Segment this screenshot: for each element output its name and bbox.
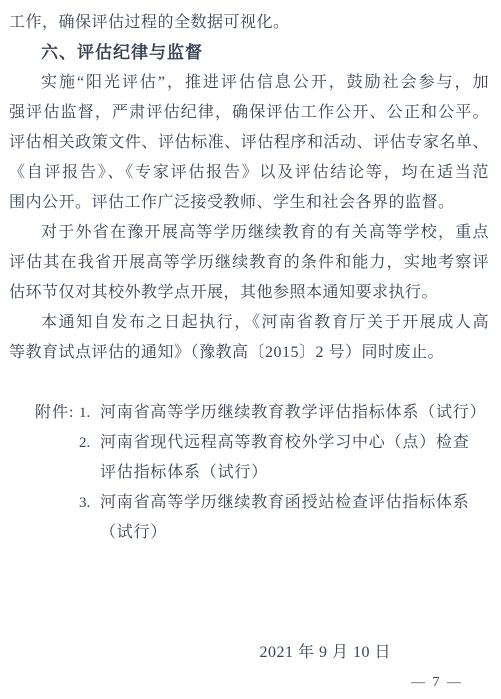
- text-line: 强评估监督，严肃评估纪律，确保评估工作公开、公正和公平。: [9, 98, 489, 128]
- attachment-item-number: 3.: [79, 488, 100, 518]
- attachments-list: 1.河南省高等学历继续教育教学评估指标体系（试行）2.河南省现代远程高等教育校外…: [79, 398, 489, 548]
- section-heading: 六、评估纪律与监督: [9, 38, 489, 68]
- attachments-label: 附件:: [35, 398, 79, 428]
- text-line: 河南省高等学历继续教育教学评估指标体系（试行）: [100, 398, 489, 428]
- attachment-item-number: 1.: [79, 398, 100, 428]
- attachment-item-text: 河南省现代远程高等教育校外学习中心（点）检查评估指标体系（试行）: [100, 428, 489, 488]
- attachment-item-text: 河南省高等学历继续教育函授站检查评估指标体系（试行）: [100, 488, 489, 548]
- text-line: 《自评报告》、《专家评估报告》以及评估结论等，均在适当范: [9, 158, 489, 188]
- text-line: 本通知自发布之日起执行，《河南省教育厅关于开展成人高: [9, 308, 489, 338]
- text-line: （试行）: [100, 518, 489, 548]
- attachment-item-number: 2.: [79, 428, 100, 458]
- attachment-item-text: 河南省高等学历继续教育教学评估指标体系（试行）: [100, 398, 489, 428]
- text-line: 河南省高等学历继续教育函授站检查评估指标体系: [100, 488, 489, 518]
- document-body: 工作，确保评估过程的全数据可视化。六、评估纪律与监督实施“阳光评估”，推进评估信…: [9, 8, 489, 368]
- text-line: 估环节仅对其校外教学点开展，其他参照本通知要求执行。: [9, 278, 489, 308]
- text-line: 评估指标体系（试行）: [100, 458, 489, 488]
- text-line: 实施“阳光评估”，推进评估信息公开，鼓励社会参与，加: [9, 68, 489, 98]
- text-line: 评估相关政策文件、评估标准、评估程序和活动、评估专家名单、: [9, 128, 489, 158]
- attachment-item: 2.河南省现代远程高等教育校外学习中心（点）检查评估指标体系（试行）: [79, 428, 489, 488]
- issue-date: 2021 年 9 月 10 日: [9, 638, 489, 668]
- page-number: — 7 —: [9, 674, 489, 692]
- text-line: 围内公开。评估工作广泛接受教师、学生和社会各界的监督。: [9, 188, 489, 218]
- attachment-item: 1.河南省高等学历继续教育教学评估指标体系（试行）: [79, 398, 489, 428]
- text-line: 等教育试点评估的通知》（豫教高〔2015〕2 号）同时废止。: [9, 338, 489, 368]
- text-line: 工作，确保评估过程的全数据可视化。: [9, 8, 489, 38]
- text-line: 河南省现代远程高等教育校外学习中心（点）检查: [100, 428, 489, 458]
- attachment-item: 3.河南省高等学历继续教育函授站检查评估指标体系（试行）: [79, 488, 489, 548]
- text-line: 对于外省在豫开展高等学历继续教育的有关高等学校，重点: [9, 218, 489, 248]
- document-page: 工作，确保评估过程的全数据可视化。六、评估纪律与监督实施“阳光评估”，推进评估信…: [0, 0, 501, 699]
- text-line: 评估其在我省开展高等学历继续教育的条件和能力，实地考察评: [9, 248, 489, 278]
- attachments-block: 附件: 1.河南省高等学历继续教育教学评估指标体系（试行）2.河南省现代远程高等…: [9, 398, 489, 548]
